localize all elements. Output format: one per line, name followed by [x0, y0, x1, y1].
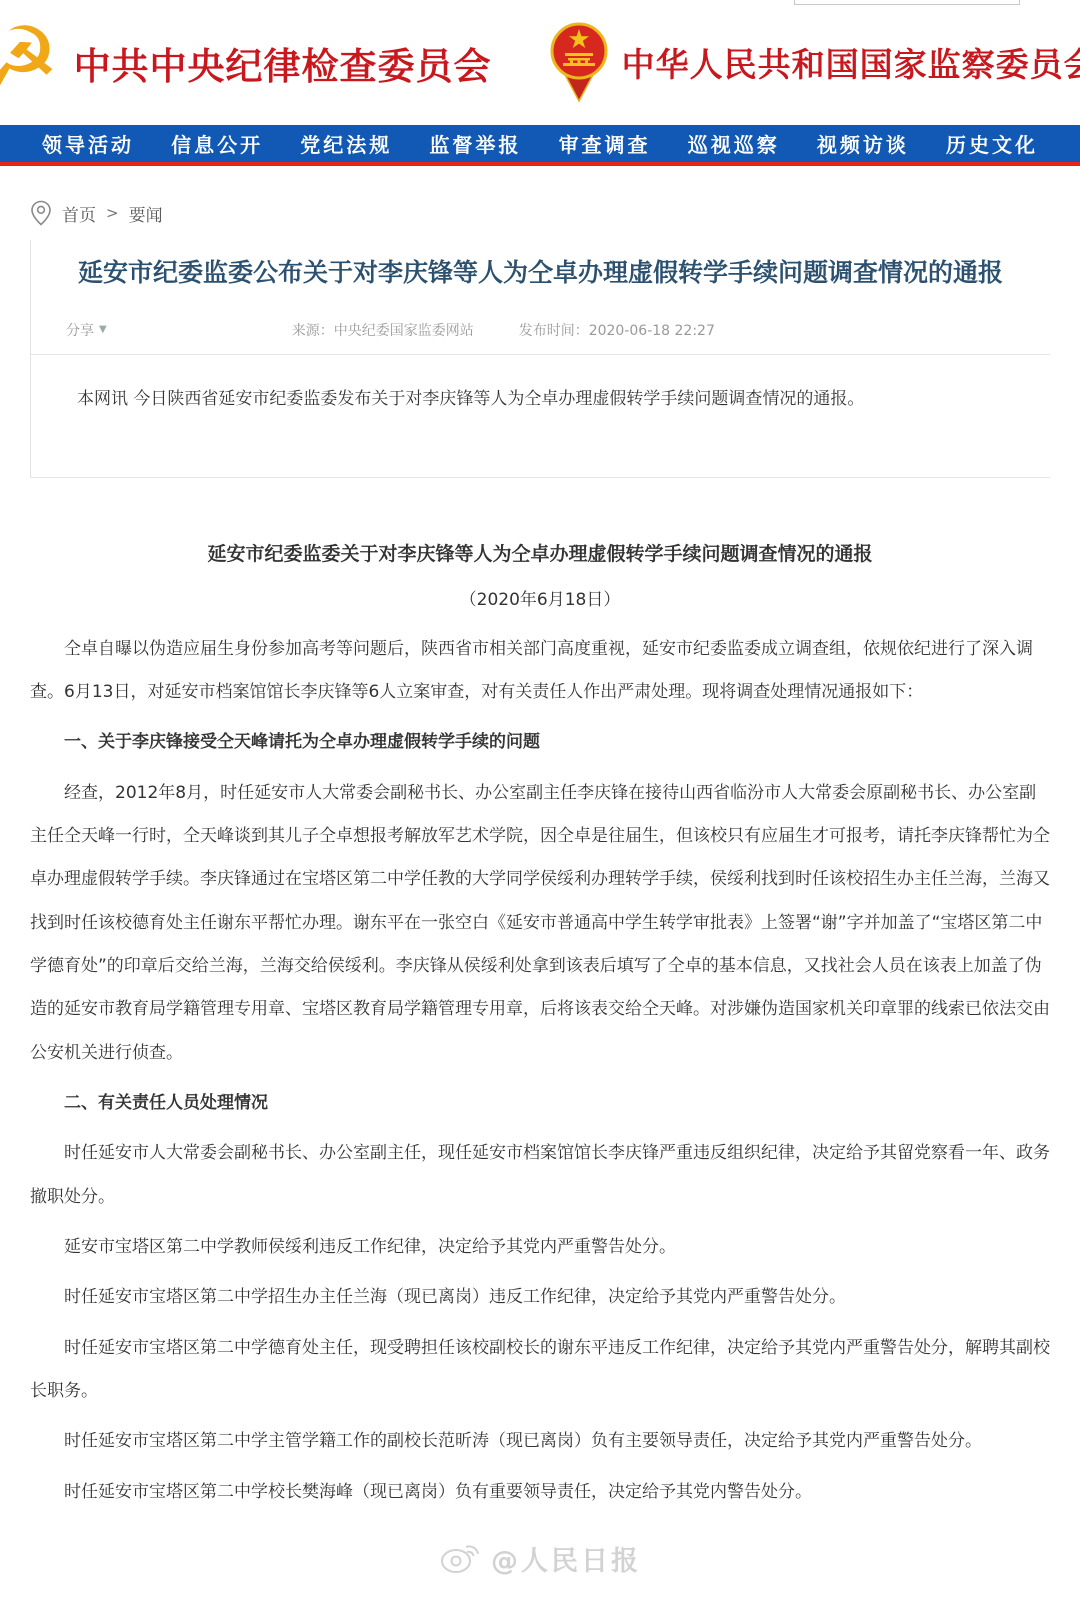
- search-input[interactable]: [794, 0, 1020, 5]
- article-meta: 分享 ▼ 来源：中央纪委国家监委网站 发布时间：2020-06-18 22:27: [31, 290, 1050, 355]
- breadcrumb-current[interactable]: 要闻: [129, 201, 163, 226]
- section-heading-2: 二、有关责任人员处理情况: [30, 1082, 1050, 1125]
- nav-item-information[interactable]: 信息公开: [171, 129, 263, 158]
- chevron-down-icon: ▼: [99, 324, 107, 335]
- ccdi-org-block: ☭ 中共中央纪律检查委员会: [0, 20, 492, 106]
- location-pin-icon: [30, 200, 52, 226]
- watermark: @人民日报: [0, 1521, 1080, 1609]
- body-paragraph: 时任延安市宝塔区第二中学主管学籍工作的副校长范昕涛（现已离岗）负有主要领导责任，…: [30, 1420, 1050, 1463]
- body-paragraph: 延安市宝塔区第二中学教师侯绥利违反工作纪律，决定给予其党内严重警告处分。: [30, 1226, 1050, 1269]
- body-paragraph: 时任延安市宝塔区第二中学校长樊海峰（现已离岗）负有重要领导责任，决定给予其党内警…: [30, 1471, 1050, 1514]
- national-emblem-icon: [550, 19, 608, 107]
- ccdi-org-name: 中共中央纪律检查委员会: [74, 36, 492, 90]
- breadcrumb-home[interactable]: 首页: [62, 201, 96, 226]
- watermark-text: @人民日报: [491, 1539, 641, 1578]
- breadcrumb-separator: >: [106, 204, 119, 222]
- nsc-org-name: 中华人民共和国国家监察委员会: [622, 39, 1080, 86]
- breadcrumb: 首页 > 要闻: [0, 166, 1080, 240]
- nav-item-supervision[interactable]: 监督举报: [429, 129, 521, 158]
- site-header: ☭ 中共中央纪律检查委员会 中华人民共和国国家监察委员会: [0, 0, 1080, 125]
- nav-item-regulations[interactable]: 党纪法规: [300, 129, 392, 158]
- lead-paragraph: 本网讯 今日陕西省延安市纪委监委发布关于对李庆锋等人为仝卓办理虚假转学手续问题调…: [43, 383, 1040, 415]
- nav-item-leadership[interactable]: 领导活动: [42, 129, 134, 158]
- party-emblem-icon: ☭: [0, 16, 60, 102]
- body-paragraph: 时任延安市宝塔区第二中学招生办主任兰海（现已离岗）违反工作纪律，决定给予其党内严…: [30, 1276, 1050, 1319]
- main-nav: 领导活动 信息公开 党纪法规 监督举报 审查调查 巡视巡察 视频访谈 历史文化: [0, 125, 1080, 166]
- article-header: 延安市纪委监委公布关于对李庆锋等人为仝卓办理虚假转学手续问题调查情况的通报 分享…: [30, 240, 1050, 478]
- document-date: （2020年6月18日）: [0, 585, 1080, 610]
- body-paragraph: 时任延安市人大常委会副秘书长、办公室副主任，现任延安市档案馆馆长李庆锋严重违反组…: [30, 1132, 1050, 1219]
- document-title: 延安市纪委监委关于对李庆锋等人为仝卓办理虚假转学手续问题调查情况的通报: [60, 540, 1020, 569]
- nav-item-inspection[interactable]: 巡视巡察: [688, 129, 780, 158]
- nav-item-video[interactable]: 视频访谈: [817, 129, 909, 158]
- weibo-icon: [439, 1537, 483, 1579]
- article-publish-time: 发布时间：2020-06-18 22:27: [519, 320, 715, 340]
- share-button[interactable]: 分享 ▼: [66, 320, 107, 340]
- share-label: 分享: [66, 320, 94, 340]
- section-heading-1: 一、关于李庆锋接受仝天峰请托为仝卓办理虚假转学手续的问题: [30, 721, 1050, 764]
- nsc-org-block: 中华人民共和国国家监察委员会: [550, 19, 1080, 107]
- article-lead: 本网讯 今日陕西省延安市纪委监委发布关于对李庆锋等人为仝卓办理虚假转学手续问题调…: [31, 355, 1050, 478]
- nav-item-history[interactable]: 历史文化: [946, 129, 1038, 158]
- article-source: 来源：中央纪委国家监委网站: [292, 320, 474, 340]
- article-body: 仝卓自曝以伪造应届生身份参加高考等问题后，陕西省市相关部门高度重视，延安市纪委监…: [30, 628, 1050, 1515]
- nav-item-investigation[interactable]: 审查调查: [559, 129, 651, 158]
- body-paragraph: 时任延安市宝塔区第二中学德育处主任，现受聘担任该校副校长的谢东平违反工作纪律，决…: [30, 1327, 1050, 1414]
- page-title: 延安市纪委监委公布关于对李庆锋等人为仝卓办理虚假转学手续问题调查情况的通报: [31, 240, 1050, 290]
- body-paragraph: 经查，2012年8月，时任延安市人大常委会副秘书长、办公室副主任李庆锋在接待山西…: [30, 772, 1050, 1075]
- body-paragraph: 仝卓自曝以伪造应届生身份参加高考等问题后，陕西省市相关部门高度重视，延安市纪委监…: [30, 628, 1050, 715]
